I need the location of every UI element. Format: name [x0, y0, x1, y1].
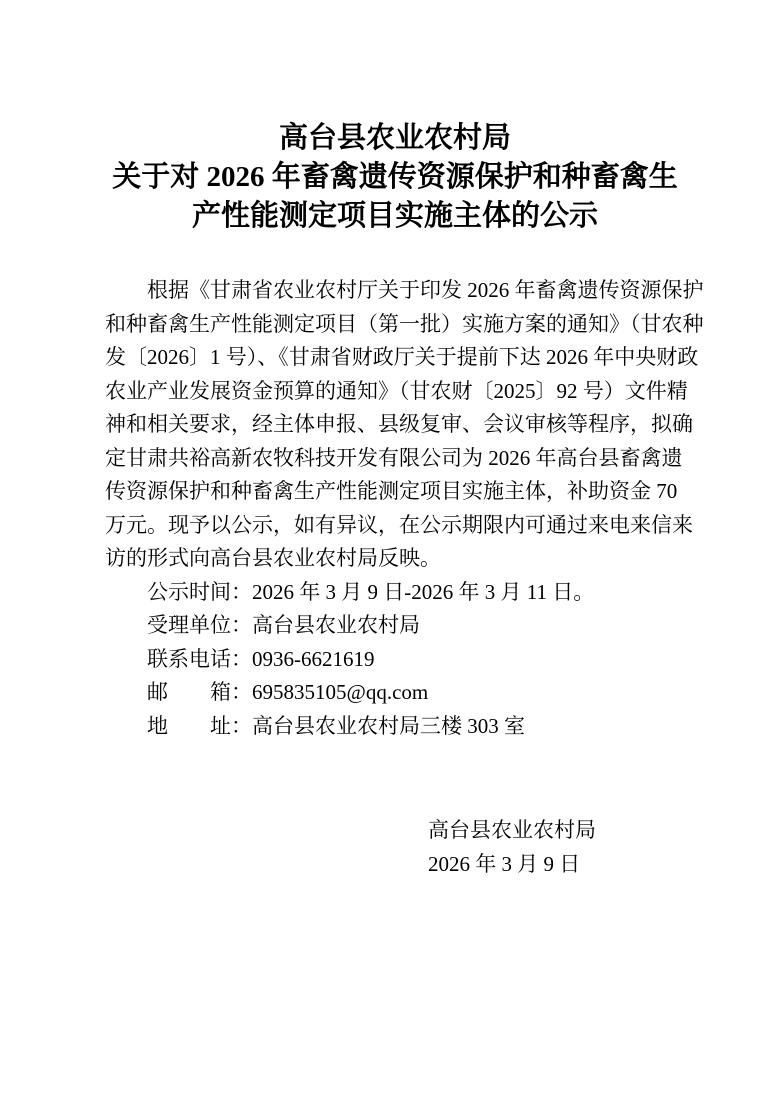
contact-info: 公示时间：2026 年 3 月 9 日-2026 年 3 月 11 日。 受理单… — [105, 576, 685, 744]
title-line-subject-2: 产性能测定项目实施主体的公示 — [105, 197, 685, 236]
info-colon: ： — [231, 680, 252, 704]
info-colon: ： — [231, 580, 252, 604]
paragraph-line: 神和相关要求，经主体申报、县级复审、会议审核等程序，拟确 — [105, 408, 685, 442]
paragraph-line: 定甘肃共裕高新农牧科技开发有限公司为 2026 年高台县畜禽遗 — [105, 442, 685, 476]
paragraph-line: 传资源保护和种畜禽生产性能测定项目实施主体，补助资金 70 — [105, 475, 685, 509]
info-value: 2026 年 3 月 9 日-2026 年 3 月 11 日。 — [252, 580, 594, 604]
info-colon: ： — [231, 714, 252, 738]
info-label: 地 址 — [147, 714, 231, 738]
paragraph-line: 根据《甘肃省农业农村厅关于印发 2026 年畜禽遗传资源保护 — [105, 274, 685, 308]
signature-org: 高台县农业农村局 — [428, 814, 685, 848]
info-line-email: 邮 箱：695835105@qq.com — [105, 676, 685, 710]
info-line-accepting-unit: 受理单位：高台县农业农村局 — [105, 609, 685, 643]
info-value: 0936-6621619 — [252, 647, 375, 671]
info-label: 联系电话 — [147, 647, 231, 671]
info-label: 公示时间 — [147, 580, 231, 604]
body-paragraph: 根据《甘肃省农业农村厅关于印发 2026 年畜禽遗传资源保护 和种畜禽生产性能测… — [105, 274, 685, 576]
document-page: 高台县农业农村局 关于对 2026 年畜禽遗传资源保护和种畜禽生 产性能测定项目… — [0, 0, 780, 1103]
title-line-subject-1: 关于对 2026 年畜禽遗传资源保护和种畜禽生 — [105, 158, 685, 197]
paragraph-line: 发〔2026〕1 号）、《甘肃省财政厅关于提前下达 2026 年中央财政 — [105, 341, 685, 375]
info-label: 邮 箱 — [147, 680, 231, 704]
info-value: 高台县农业农村局 — [252, 613, 420, 637]
paragraph-line: 访的形式向高台县农业农村局反映。 — [105, 542, 685, 576]
info-colon: ： — [231, 613, 252, 637]
info-value: 高台县农业农村局三楼 303 室 — [252, 714, 525, 738]
info-line-public-period: 公示时间：2026 年 3 月 9 日-2026 年 3 月 11 日。 — [105, 576, 685, 610]
info-label: 受理单位 — [147, 613, 231, 637]
paragraph-line: 和种畜禽生产性能测定项目（第一批）实施方案的通知》（甘农种 — [105, 308, 685, 342]
document-title: 高台县农业农村局 关于对 2026 年畜禽遗传资源保护和种畜禽生 产性能测定项目… — [105, 119, 685, 236]
info-line-phone: 联系电话：0936-6621619 — [105, 643, 685, 677]
info-line-address: 地 址：高台县农业农村局三楼 303 室 — [105, 710, 685, 744]
paragraph-line: 农业产业发展资金预算的通知》（甘农财〔2025〕92 号）文件精 — [105, 375, 685, 409]
info-value: 695835105@qq.com — [252, 680, 428, 704]
info-colon: ： — [231, 647, 252, 671]
signature-block: 高台县农业农村局 2026 年 3 月 9 日 — [428, 814, 685, 881]
title-line-org: 高台县农业农村局 — [105, 119, 685, 158]
paragraph-line: 万元。现予以公示，如有异议，在公示期限内可通过来电来信来 — [105, 509, 685, 543]
signature-date: 2026 年 3 月 9 日 — [428, 848, 685, 882]
document-content: 高台县农业农村局 关于对 2026 年畜禽遗传资源保护和种畜禽生 产性能测定项目… — [105, 119, 685, 881]
